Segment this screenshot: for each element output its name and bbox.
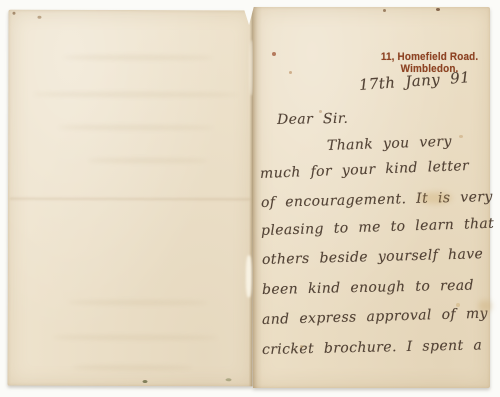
foxing-spot — [456, 303, 460, 307]
salutation: Dear Sir. — [277, 111, 349, 128]
body-line: cricket brochure. I spent a — [262, 337, 482, 358]
ink-showthrough — [53, 335, 218, 340]
foxing-spot — [37, 16, 41, 19]
foxing-spot — [383, 9, 386, 12]
fold-worn-highlight — [246, 255, 252, 297]
letter-photograph: 11, Homefield Road. Wimbledon. 17th Jany… — [0, 0, 500, 397]
body-line: been kind enough to read — [262, 278, 474, 298]
foxing-spot — [226, 378, 232, 381]
body-line: and express approval of my — [262, 306, 488, 328]
foxing-spot — [289, 71, 292, 74]
tan-smudge — [478, 300, 492, 312]
foxing-spot — [12, 12, 15, 15]
foxing-spot — [143, 380, 148, 383]
ink-showthrough — [73, 365, 193, 370]
body-line: others beside yourself have — [262, 246, 484, 268]
body-line: of encouragement. It is very — [261, 189, 493, 211]
body-line: Thank you very — [327, 134, 452, 154]
foxing-spot — [459, 135, 463, 138]
letter-front-page: 11, Homefield Road. Wimbledon. 17th Jany… — [253, 7, 490, 388]
body-line: much for your kind letter — [260, 158, 470, 182]
foxing-spot — [436, 8, 440, 11]
ink-showthrough — [33, 92, 238, 98]
tan-smudge — [418, 192, 452, 204]
ink-showthrough — [88, 158, 208, 163]
handwritten-date: 17th Jany 91 — [358, 68, 470, 94]
letter-back-page — [8, 10, 254, 387]
letterhead-address-line: 11, Homefield Road. — [381, 51, 478, 63]
foxing-spot — [272, 52, 276, 56]
foxing-spot — [319, 110, 322, 113]
ink-showthrough — [58, 125, 213, 130]
body-line: pleasing to me to learn that — [261, 216, 495, 239]
foxing-spot — [300, 345, 303, 348]
ink-showthrough — [63, 55, 213, 60]
horizontal-crease — [10, 198, 250, 201]
ink-showthrough — [68, 300, 208, 305]
